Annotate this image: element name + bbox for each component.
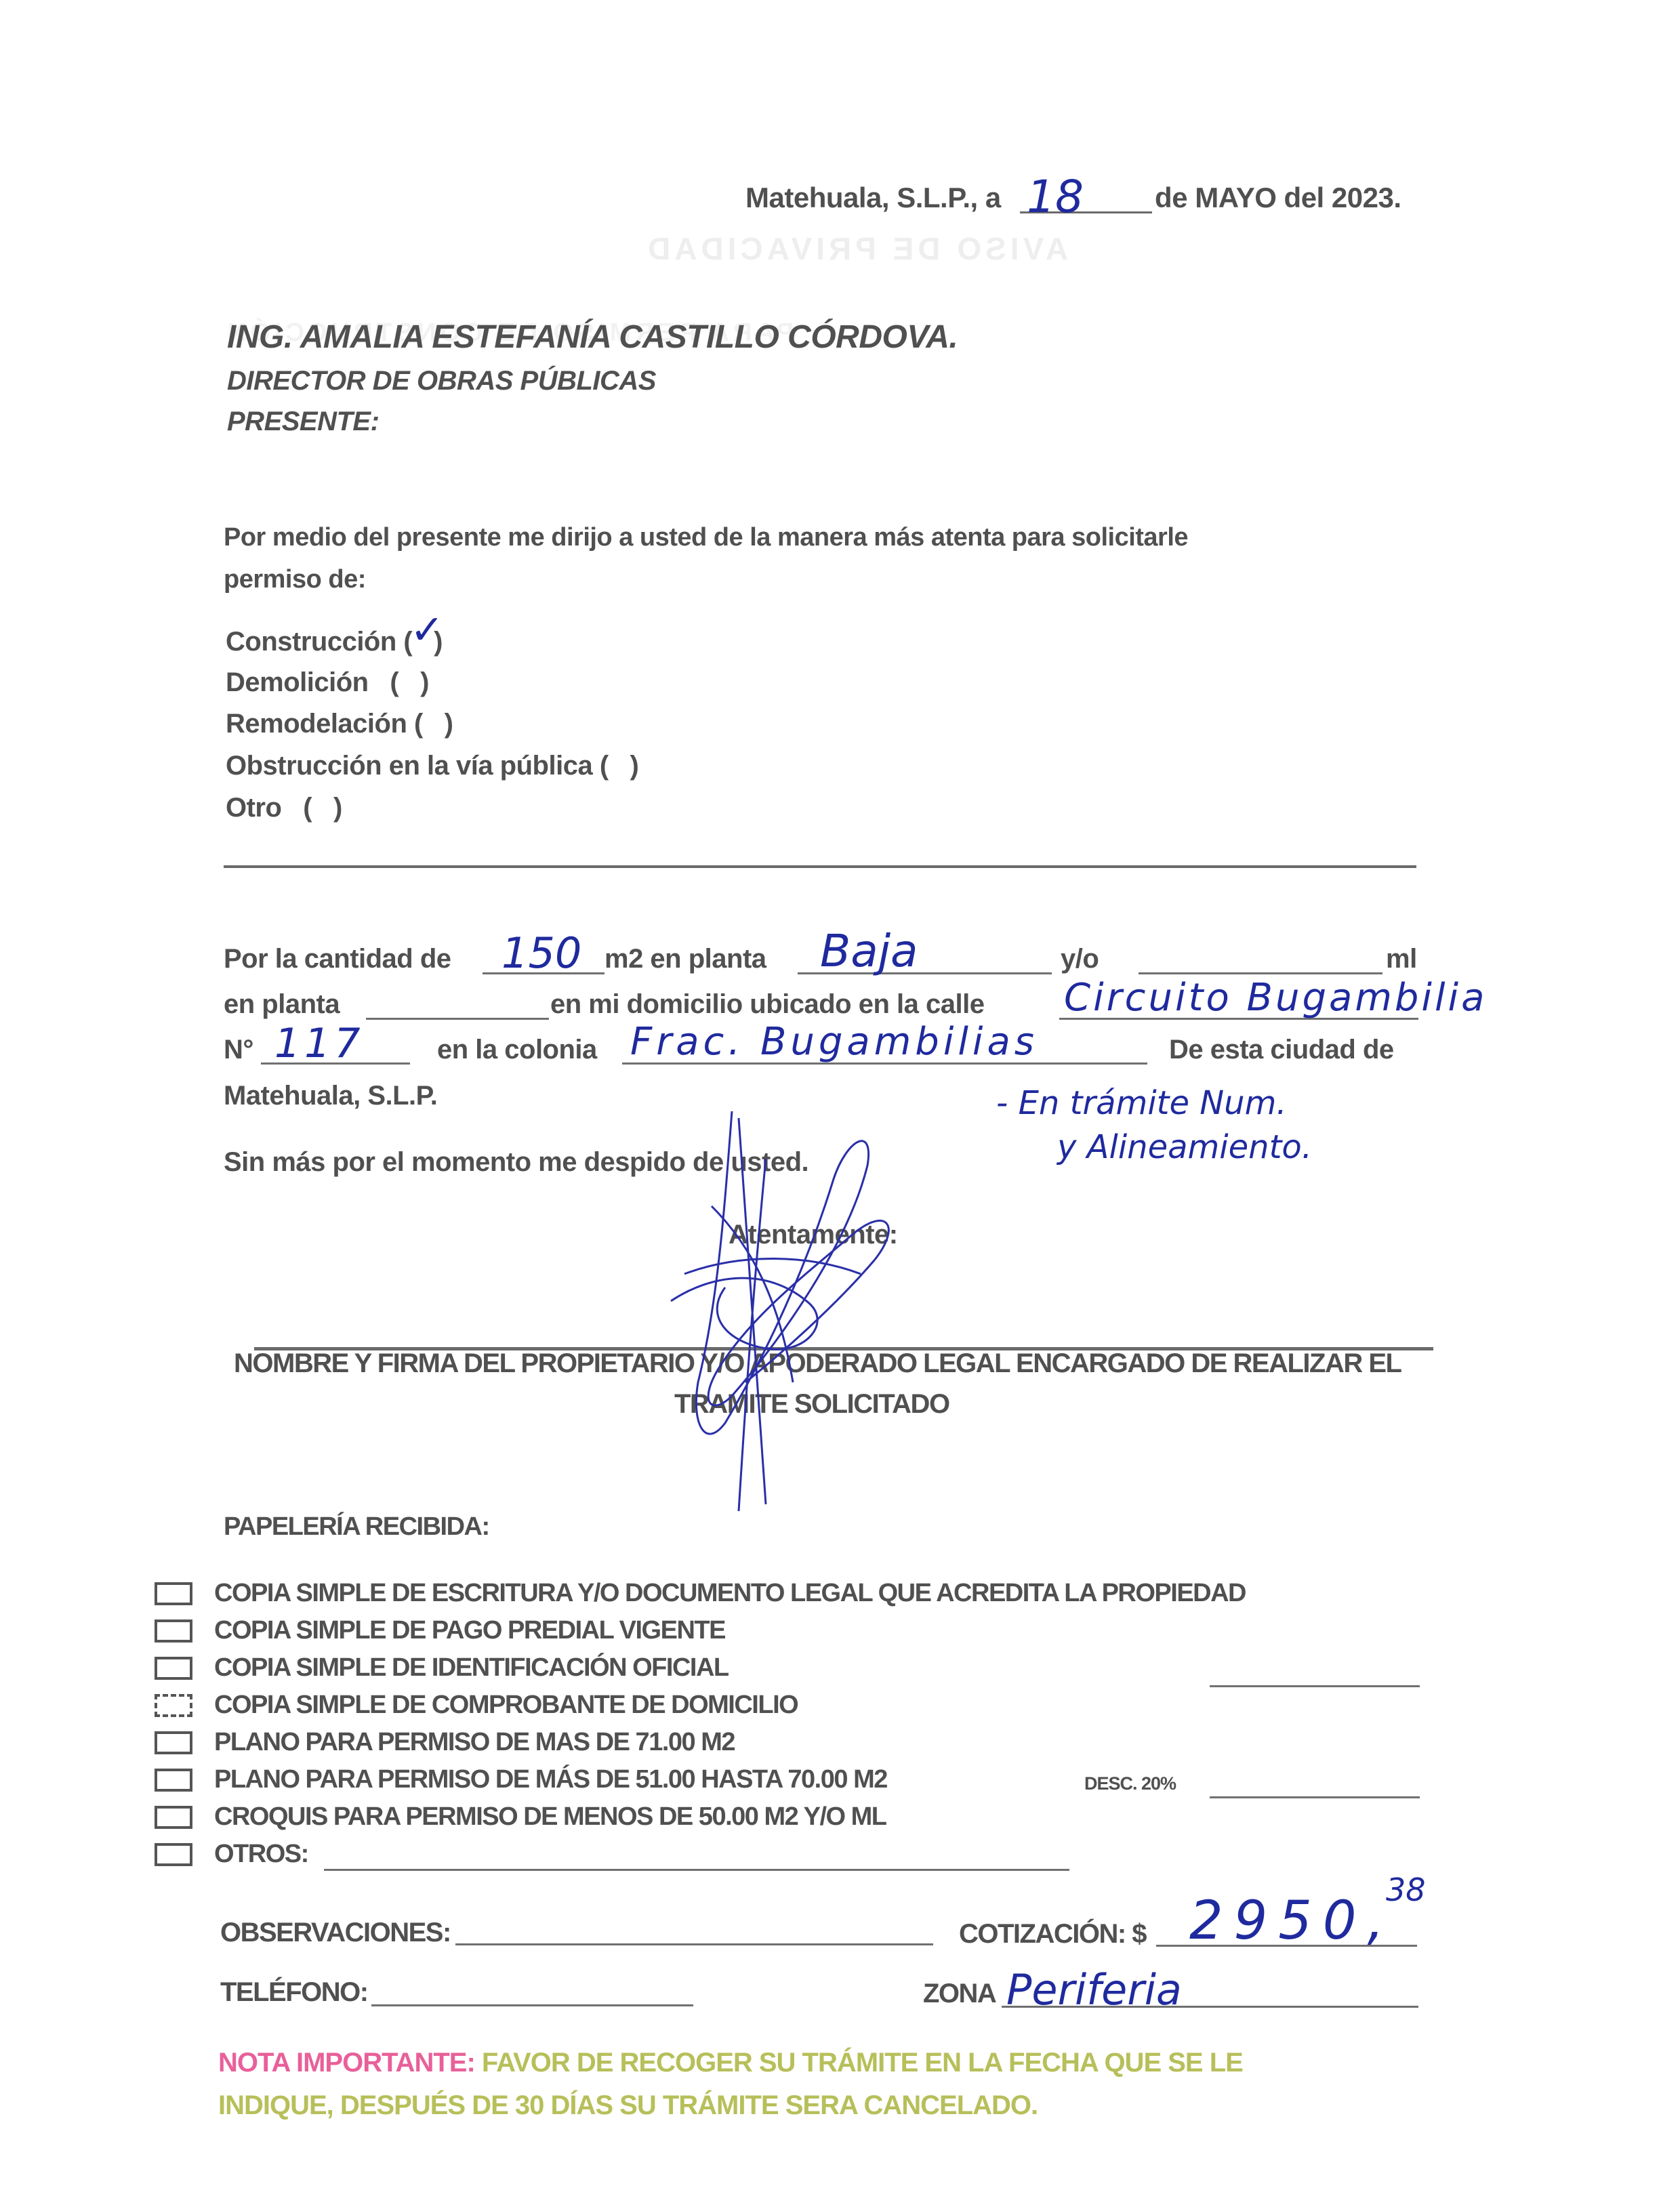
doc-checkbox-croquis[interactable]: CROQUIS PARA PERMISO DE MENOS DE 50.00 M… bbox=[155, 1802, 886, 1832]
discount-label: DESC. 20% bbox=[1084, 1773, 1176, 1794]
date-day-field[interactable]: 18 bbox=[1027, 171, 1084, 223]
cotizacion-label: COTIZACIÓN: $ bbox=[959, 1919, 1146, 1949]
en-planta-underline bbox=[366, 1018, 549, 1020]
month-year: de MAYO del 2023. bbox=[1155, 182, 1401, 213]
telefono-label: TELÉFONO: bbox=[220, 1977, 368, 2008]
doc-checkbox-plano-71[interactable]: PLANO PARA PERMISO DE MAS DE 71.00 M2 bbox=[155, 1728, 735, 1757]
quantity-label: Por la cantidad de bbox=[224, 944, 451, 974]
checkbox[interactable] bbox=[155, 1843, 192, 1866]
important-note-prefix: NOTA IMPORTANTE: bbox=[218, 2048, 475, 2078]
signature-scribble bbox=[630, 1098, 915, 1518]
checkmark-icon: ✓ bbox=[410, 606, 444, 654]
recipient-salutation: PRESENTE: bbox=[227, 407, 379, 437]
important-note: NOTA IMPORTANTE: FAVOR DE RECOGER SU TRÁ… bbox=[218, 2048, 1243, 2078]
observaciones-underline bbox=[455, 1943, 933, 1945]
domicilio-label: en mi domicilio ubicado en la calle bbox=[550, 989, 984, 1020]
intro-text-2: permiso de: bbox=[224, 565, 366, 594]
checkbox[interactable] bbox=[155, 1657, 192, 1680]
observaciones-label: OBSERVACIONES: bbox=[220, 1918, 451, 1948]
checkbox[interactable] bbox=[155, 1731, 192, 1754]
important-note-text: FAVOR DE RECOGER SU TRÁMITE EN LA FECHA … bbox=[482, 2048, 1243, 2078]
otros-underline bbox=[324, 1869, 1069, 1871]
colonia-field[interactable]: Frac. Bugambilias bbox=[630, 1020, 1038, 1064]
papeleria-title: PAPELERÍA RECIBIDA: bbox=[224, 1512, 489, 1542]
recipient-name: ING. AMALIA ESTEFANÍA CASTILLO CÓRDOVA. bbox=[227, 318, 958, 356]
ml-label: ml bbox=[1386, 944, 1417, 974]
place-prefix: Matehuala, S.L.P., a bbox=[745, 182, 1001, 213]
planta-field[interactable]: Baja bbox=[820, 925, 918, 977]
ciudad-label: De esta ciudad de bbox=[1169, 1035, 1394, 1065]
ml-underline bbox=[1139, 972, 1382, 974]
handwritten-note-2: y Alineamiento. bbox=[1057, 1128, 1312, 1166]
telefono-underline bbox=[371, 2004, 693, 2006]
checkbox[interactable] bbox=[155, 1806, 192, 1829]
quantity-field[interactable]: 150 bbox=[501, 928, 581, 978]
bleed-through-texture: AVISO DE PRIVACIDAD bbox=[644, 230, 1068, 267]
en-planta-label: en planta bbox=[224, 989, 340, 1020]
doc-checkbox-predial[interactable]: COPIA SIMPLE DE PAGO PREDIAL VIGENTE bbox=[155, 1616, 725, 1645]
permit-option-demolicion[interactable]: Demolición ( ) bbox=[226, 667, 429, 698]
ciudad-value: Matehuala, S.L.P. bbox=[224, 1081, 437, 1111]
colonia-label: en la colonia bbox=[437, 1035, 597, 1065]
zona-label: ZONA bbox=[923, 1979, 996, 2009]
doc-checkbox-plano-51-70[interactable]: PLANO PARA PERMISO DE MÁS DE 51.00 HASTA… bbox=[155, 1765, 887, 1794]
numero-field[interactable]: 117 bbox=[274, 1020, 365, 1067]
intro-text: Por medio del presente me dirijo a usted… bbox=[224, 523, 1188, 552]
permit-option-otro[interactable]: Otro ( ) bbox=[226, 793, 342, 823]
important-note-text-2: INDIQUE, DESPUÉS DE 30 DÍAS SU TRÁMITE S… bbox=[218, 2090, 1038, 2121]
permit-option-obstruccion[interactable]: Obstrucción en la vía pública ( ) bbox=[226, 751, 638, 781]
zona-field[interactable]: Periferia bbox=[1006, 1965, 1182, 2015]
numero-label: N° bbox=[224, 1035, 253, 1065]
checkbox[interactable] bbox=[155, 1619, 192, 1643]
recipient-title: DIRECTOR DE OBRAS PÚBLICAS bbox=[227, 366, 656, 396]
doc-checkbox-otros[interactable]: OTROS: bbox=[155, 1840, 308, 1869]
divider bbox=[224, 865, 1416, 868]
m2-label: m2 en planta bbox=[605, 944, 766, 974]
discount-line-top bbox=[1210, 1685, 1420, 1687]
permit-option-remodelacion[interactable]: Remodelación ( ) bbox=[226, 709, 453, 739]
checkbox[interactable] bbox=[155, 1582, 192, 1605]
doc-checkbox-domicilio[interactable]: COPIA SIMPLE DE COMPROBANTE DE DOMICILIO bbox=[155, 1691, 798, 1720]
calle-field[interactable]: Circuito Bugambilia bbox=[1064, 976, 1487, 1020]
doc-checkbox-escritura[interactable]: COPIA SIMPLE DE ESCRITURA Y/O DOCUMENTO … bbox=[155, 1579, 1246, 1608]
handwritten-note-1: - En trámite Num. bbox=[996, 1084, 1287, 1122]
checkbox[interactable] bbox=[155, 1694, 192, 1717]
yo-label: y/o bbox=[1061, 944, 1099, 974]
cotizacion-field[interactable]: 2950, bbox=[1189, 1891, 1395, 1952]
checkbox[interactable] bbox=[155, 1769, 192, 1792]
cotizacion-cents: 38 bbox=[1386, 1872, 1426, 1908]
discount-line-bottom bbox=[1210, 1796, 1420, 1798]
doc-checkbox-identificacion[interactable]: COPIA SIMPLE DE IDENTIFICACIÓN OFICIAL bbox=[155, 1653, 729, 1683]
